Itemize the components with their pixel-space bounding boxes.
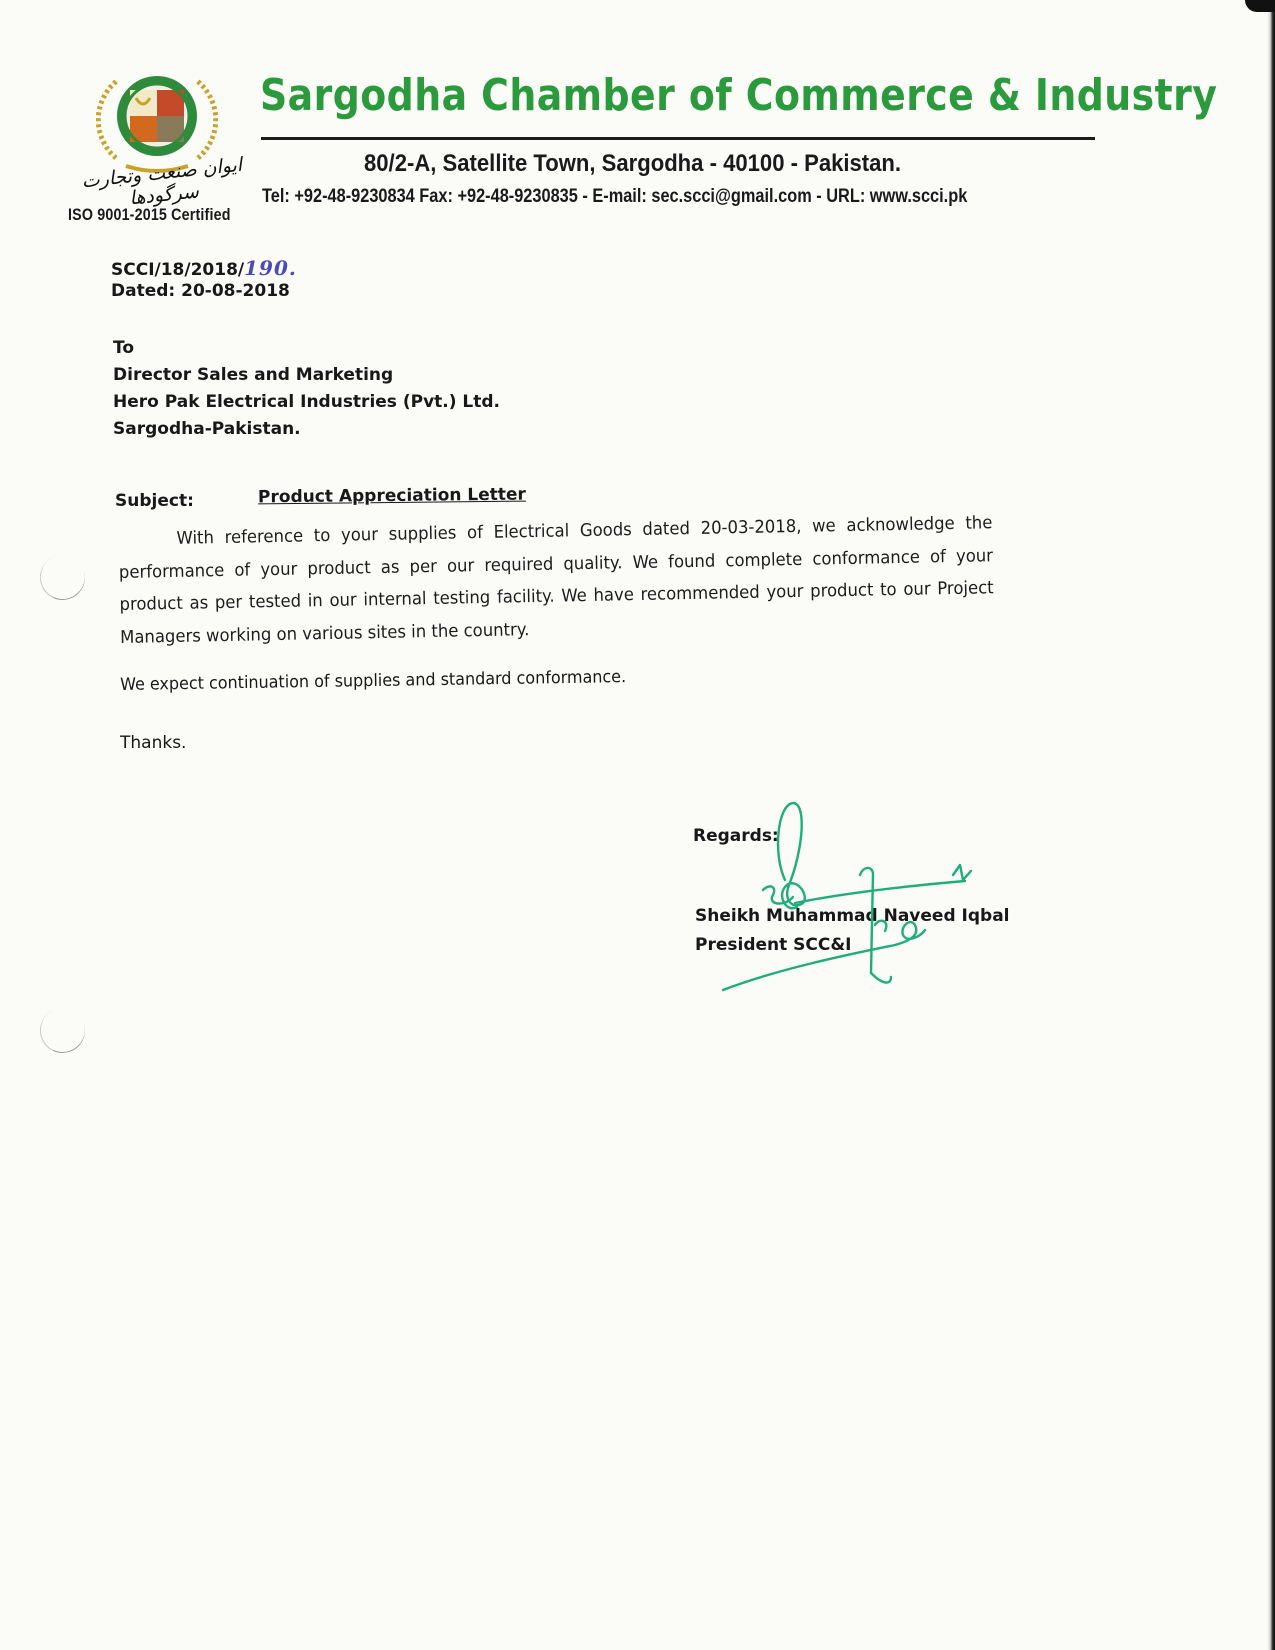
reference-number: SCCI/18/2018/190. <box>111 256 297 280</box>
subject-label: Subject: <box>115 491 194 511</box>
recipient-block: To Director Sales and Marketing Hero Pak… <box>113 335 500 443</box>
closing-thanks: Thanks. <box>120 733 186 753</box>
punch-hole-mark <box>34 549 92 607</box>
reference-prefix: SCCI/18/2018/ <box>111 260 244 280</box>
recipient-line: Hero Pak Electrical Industries (Pvt.) Lt… <box>113 389 500 416</box>
punch-hole-mark <box>34 1002 92 1060</box>
body-paragraph: We expect continuation of supplies and s… <box>120 667 626 695</box>
body-paragraph: With reference to your supplies of Elect… <box>118 507 995 654</box>
handwritten-signature-icon <box>715 795 995 1000</box>
organization-contact: Tel: +92-48-9230834 Fax: +92-48-9230835 … <box>262 186 967 208</box>
letter-date: Dated: 20-08-2018 <box>111 281 290 301</box>
recipient-line: Director Sales and Marketing <box>113 362 500 389</box>
scan-corner <box>1245 0 1275 12</box>
iso-certification: ISO 9001-2015 Certified <box>68 205 231 225</box>
organization-address: 80/2-A, Satellite Town, Sargodha - 40100… <box>364 150 901 178</box>
organization-name: Sargodha Chamber of Commerce & Industry <box>260 70 1217 121</box>
header-divider <box>261 137 1095 140</box>
recipient-line: Sargodha-Pakistan. <box>113 416 500 443</box>
handwritten-reference-number: 190. <box>244 256 297 280</box>
scan-border <box>1267 0 1275 1650</box>
subject-value: Product Appreciation Letter <box>258 485 526 508</box>
recipient-to: To <box>113 335 500 362</box>
